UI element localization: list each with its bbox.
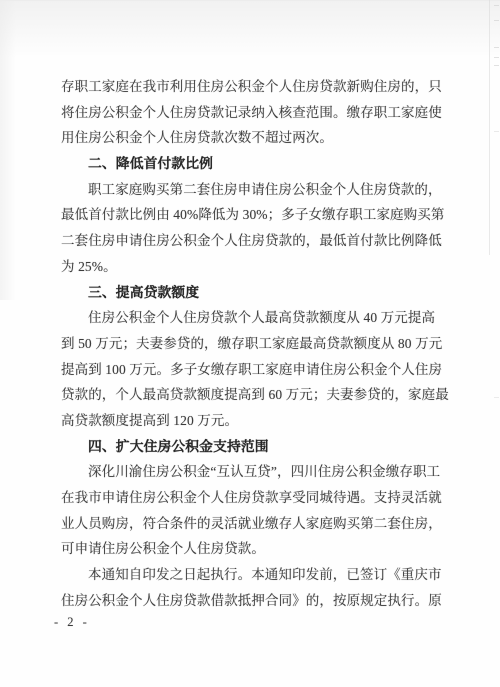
section-heading: 二、降低首付款比例 (61, 151, 441, 177)
page-number: - 2 - (54, 613, 90, 631)
text-line: 可申请住房公积金个人住房贷款。 (61, 536, 441, 562)
text-line: 用住房公积金个人住房贷款次数不超过两次。 (61, 125, 441, 151)
scan-edge-right (489, 0, 490, 255)
text-line: 二套住房申请住房公积金个人住房贷款的，最低首付款比例降低 (61, 228, 441, 254)
text-line: 存职工家庭在我市利用住房公积金个人住房贷款新购住房的，只 (61, 74, 441, 100)
text-line: 职工家庭购买第二套住房申请住房公积金个人住房贷款的， (61, 177, 441, 203)
scan-shadow-left (0, 0, 16, 300)
text-line: 住房公积金个人住房贷款个人最高贷款额度从 40 万元提高 (61, 305, 441, 331)
text-line: 到 50 万元；夫妻参贷的，缴存职工家庭最高贷款额度从 80 万元 (61, 331, 441, 357)
text-line: 为 25%。 (61, 254, 441, 280)
text-line: 将住房公积金个人住房贷款记录纳入核查范围。缴存职工家庭使 (61, 100, 441, 126)
text-line: 贷款的，个人最高贷款额度提高到 60 万元；夫妻参贷的，家庭最 (61, 382, 441, 408)
document-lines: 存职工家庭在我市利用住房公积金个人住房贷款新购住房的，只将住房公积金个人住房贷款… (61, 74, 441, 613)
text-line: 提高到 100 万元。多子女缴存职工家庭申请住房公积金个人住房 (61, 357, 441, 383)
text-line: 在我市申请住房公积金个人住房贷款享受同城待遇。支持灵活就 (61, 485, 441, 511)
text-line: 住房公积金个人住房贷款借款抵押合同》的，按原规定执行。原 (61, 588, 441, 614)
scan-artifact (494, 5, 499, 6)
scanned-document-page: 存职工家庭在我市利用住房公积金个人住房贷款新购住房的，只将住房公积金个人住房贷款… (0, 0, 500, 687)
scan-artifact (494, 131, 499, 132)
document-body: 存职工家庭在我市利用住房公积金个人住房贷款新购住房的，只将住房公积金个人住房贷款… (61, 74, 441, 613)
text-line: 本通知自印发之日起执行。本通知印发前，已签订《重庆市 (61, 562, 441, 588)
text-line: 最低首付款比例由 40%降低为 30%；多子女缴存职工家庭购买第 (61, 202, 441, 228)
scan-edge-top (0, 0, 500, 1)
scan-artifact (494, 57, 499, 58)
section-heading: 四、扩大住房公积金支持范围 (61, 434, 441, 460)
scan-artifact (494, 397, 499, 398)
text-line: 业人员购房，符合条件的灵活就业缴存人家庭购买第二套住房， (61, 511, 441, 537)
text-line: 高贷款额度提高到 120 万元。 (61, 408, 441, 434)
scan-shadow-top (0, 0, 500, 58)
scan-artifact (494, 47, 499, 48)
text-line: 深化川渝住房公积金“互认互贷”，四川住房公积金缴存职工 (61, 459, 441, 485)
section-heading: 三、提高贷款额度 (61, 280, 441, 306)
scan-artifact (494, 20, 499, 21)
scan-artifact (494, 65, 499, 66)
